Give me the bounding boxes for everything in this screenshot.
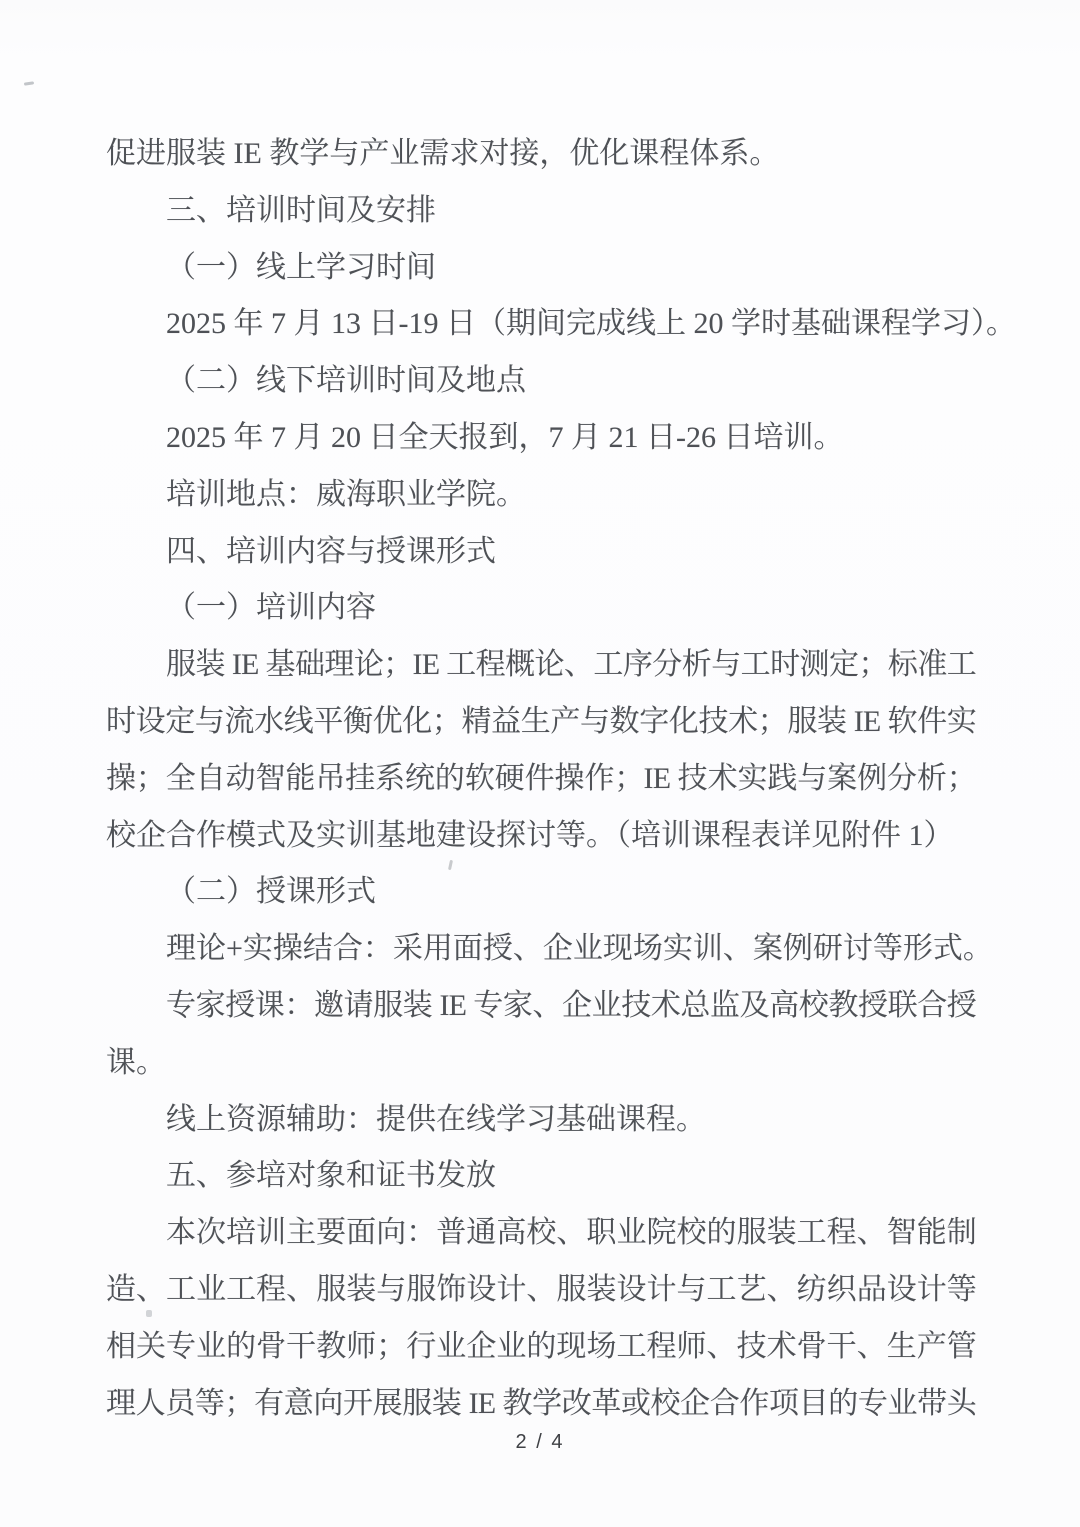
doc-line: 理人员等；有意向开展服装 IE 教学改革或校企合作项目的专业带头	[106, 1376, 976, 1433]
page-number: 2 / 4	[0, 1431, 1080, 1454]
subheading-online-time: （一）线上学习时间	[106, 240, 976, 297]
doc-line: 校企合作模式及实训基地建设探讨等。（培训课程表详见附件 1）	[106, 808, 976, 865]
doc-line: 理论+实操结合：采用面授、企业现场实训、案例研讨等形式。	[106, 921, 976, 978]
doc-line: 相关专业的骨干教师；行业企业的现场工程师、技术骨干、生产管	[106, 1319, 976, 1376]
subheading-training-content: （一）培训内容	[106, 580, 976, 637]
heading-section-3: 三、培训时间及安排	[106, 183, 976, 240]
doc-line: 2025 年 7 月 20 日全天报到，7 月 21 日-26 日培训。	[106, 410, 976, 467]
doc-line: 2025 年 7 月 13 日-19 日（期间完成线上 20 学时基础课程学习）…	[106, 296, 976, 353]
subheading-offline-time: （二）线下培训时间及地点	[106, 353, 976, 410]
doc-line: 造、工业工程、服装与服饰设计、服装设计与工艺、纺织品设计等	[106, 1262, 976, 1319]
doc-line: 服装 IE 基础理论；IE 工程概论、工序分析与工时测定；标准工	[106, 637, 976, 694]
subheading-teaching-format: （二）授课形式	[106, 864, 976, 921]
doc-line: 本次培训主要面向：普通高校、职业院校的服装工程、智能制	[106, 1205, 976, 1262]
doc-line: 专家授课：邀请服装 IE 专家、企业技术总监及高校教授联合授	[106, 978, 976, 1035]
heading-section-5: 五、参培对象和证书发放	[106, 1148, 976, 1205]
doc-line: 操；全自动智能吊挂系统的软硬件操作；IE 技术实践与案例分析；	[106, 751, 976, 808]
doc-line: 线上资源辅助：提供在线学习基础课程。	[106, 1092, 976, 1149]
doc-line: 时设定与流水线平衡优化；精益生产与数字化技术；服装 IE 软件实	[106, 694, 976, 751]
document-body: 促进服装 IE 教学与产业需求对接，优化课程体系。 三、培训时间及安排 （一）线…	[106, 126, 976, 1432]
heading-section-4: 四、培训内容与授课形式	[106, 524, 976, 581]
doc-line: 促进服装 IE 教学与产业需求对接，优化课程体系。	[106, 126, 976, 183]
doc-line: 培训地点：威海职业学院。	[106, 467, 976, 524]
doc-line: 课。	[106, 1035, 976, 1092]
